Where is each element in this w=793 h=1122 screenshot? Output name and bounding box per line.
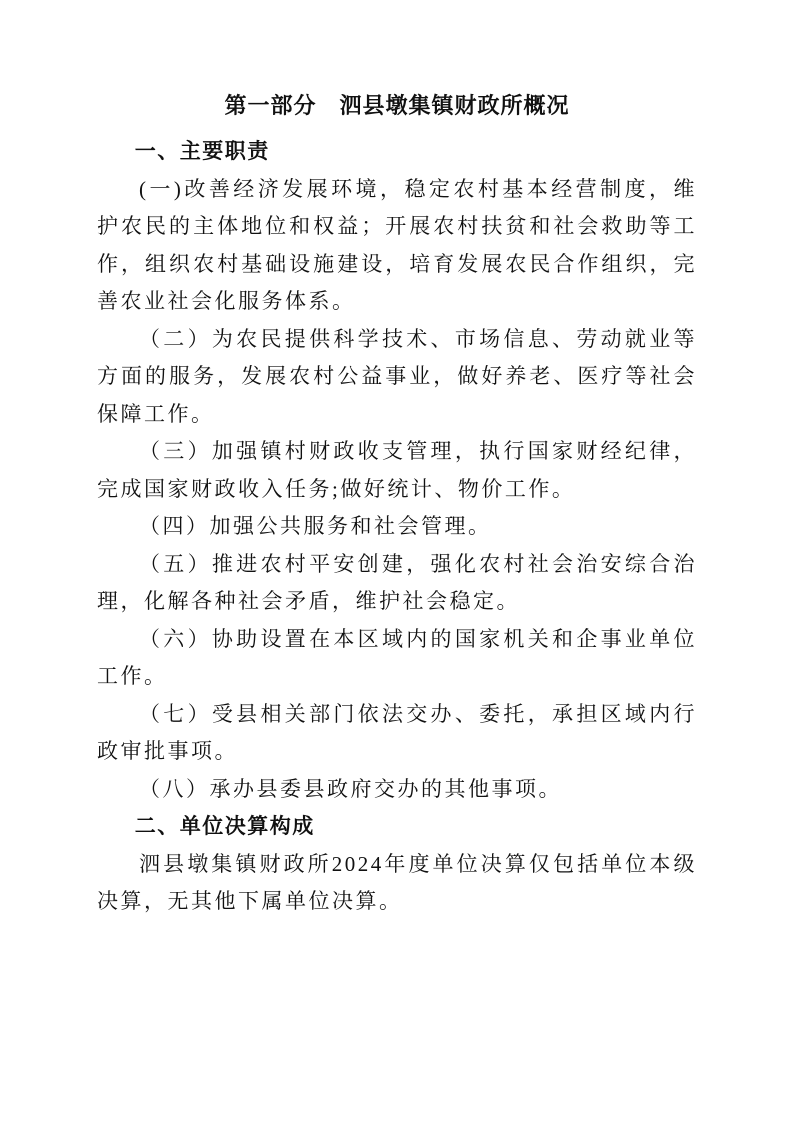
- heading-unit-structure: 二、单位决算构成: [97, 808, 697, 846]
- duty-item-6: （六）协助设置在本区域内的国家机关和企事业单位工作。: [97, 621, 697, 696]
- document-title-text: 第一部分 泗县墩集镇财政所概况: [224, 93, 569, 118]
- duty-item-3: （三）加强镇村财政收支管理，执行国家财经纪律，完成国家财政收入任务;做好统计、物…: [97, 433, 697, 508]
- heading-main-duties: 一、主要职责: [97, 133, 697, 171]
- document-page: 第一部分 泗县墩集镇财政所概况 一、主要职责 (一)改善经济发展环境，稳定农村基…: [0, 0, 793, 1122]
- duty-item-1: (一)改善经济发展环境，稳定农村基本经营制度，维护农民的主体地位和权益；开展农村…: [97, 171, 697, 321]
- duty-item-2: （二）为农民提供科学技术、市场信息、劳动就业等方面的服务，发展农村公益事业，做好…: [97, 321, 697, 434]
- unit-composition-paragraph: 泗县墩集镇财政所2024年度单位决算仅包括单位本级决算，无其他下属单位决算。: [97, 846, 697, 921]
- duty-item-7: （七）受县相关部门依法交办、委托，承担区域内行政审批事项。: [97, 696, 697, 771]
- duty-item-4: （四）加强公共服务和社会管理。: [97, 508, 697, 546]
- duty-item-5: （五）推进农村平安创建，强化农村社会治安综合治理，化解各种社会矛盾，维护社会稳定…: [97, 546, 697, 621]
- document-title: 第一部分 泗县墩集镇财政所概况: [97, 91, 697, 121]
- duty-item-8: （八）承办县委县政府交办的其他事项。: [97, 771, 697, 809]
